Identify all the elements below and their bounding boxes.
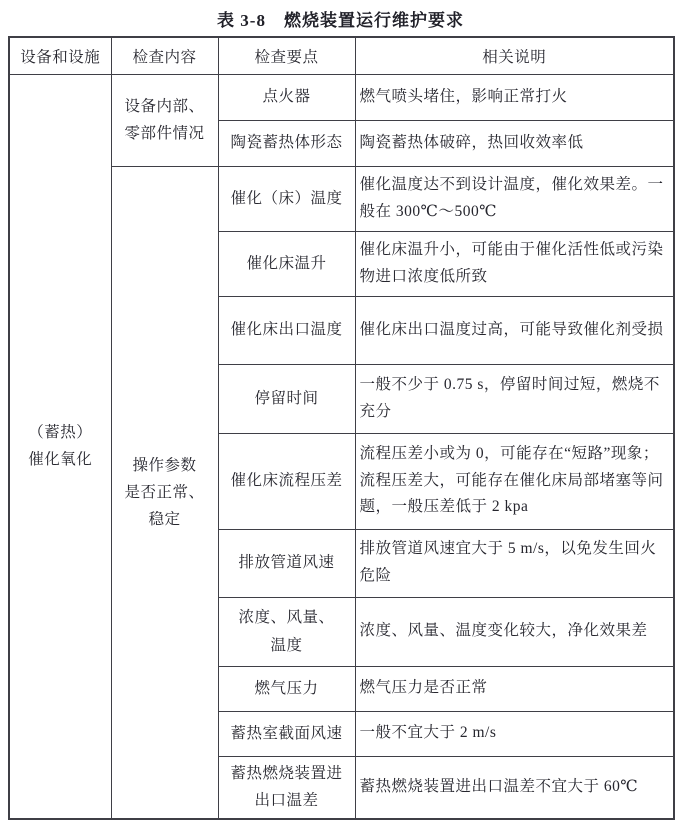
point-cell: 停留时间	[218, 364, 355, 433]
note-cell: 催化温度达不到设计温度，催化效果差。一般在 300℃～500℃	[355, 166, 674, 231]
point-cell: 排放管道风速	[218, 529, 355, 597]
note-cell: 蓄热燃烧装置进出口温差不宜大于 60℃	[355, 756, 674, 819]
header-cell-check-content: 检查内容	[111, 37, 218, 74]
note-cell: 陶瓷蓄热体破碎，热回收效率低	[355, 120, 674, 166]
point-cell: 燃气压力	[218, 666, 355, 711]
note-cell: 燃气压力是否正常	[355, 666, 674, 711]
point-cell: 陶瓷蓄热体形态	[218, 120, 355, 166]
point-cell: 蓄热燃烧装置进 出口温差	[218, 756, 355, 819]
header-cell-check-point: 检查要点	[218, 37, 355, 74]
point-cell: 浓度、风量、 温度	[218, 597, 355, 666]
point-cell: 催化床温升	[218, 231, 355, 296]
point-cell: 蓄热室截面风速	[218, 711, 355, 756]
point-cell: 催化床流程压差	[218, 433, 355, 529]
note-cell: 一般不宜大于 2 m/s	[355, 711, 674, 756]
note-cell: 催化床出口温度过高，可能导致催化剂受损	[355, 296, 674, 364]
header-cell-device-facility: 设备和设施	[9, 37, 111, 74]
header-cell-related-note: 相关说明	[355, 37, 674, 74]
point-cell: 催化（床）温度	[218, 166, 355, 231]
note-cell: 排放管道风速宜大于 5 m/s，以免发生回火危险	[355, 529, 674, 597]
maintenance-table: 设备和设施 检查内容 检查要点 相关说明 （蓄热） 催化氧化 设备内部、 零部件…	[8, 36, 675, 820]
content-group-cell-operating-params: 操作参数 是否正常、 稳定	[111, 166, 218, 819]
table-row: （蓄热） 催化氧化 设备内部、 零部件情况 点火器 燃气喷头堵住，影响正常打火	[9, 74, 674, 120]
device-cell: （蓄热） 催化氧化	[9, 74, 111, 819]
note-cell: 燃气喷头堵住，影响正常打火	[355, 74, 674, 120]
note-cell: 流程压差小或为 0，可能存在“短路”现象；流程压差大，可能存在催化床局部堵塞等问…	[355, 433, 674, 529]
note-cell: 一般不少于 0.75 s，停留时间过短，燃烧不充分	[355, 364, 674, 433]
note-cell: 催化床温升小，可能由于催化活性低或污染物进口浓度低所致	[355, 231, 674, 296]
point-cell: 催化床出口温度	[218, 296, 355, 364]
content-group-cell-internal-parts: 设备内部、 零部件情况	[111, 74, 218, 166]
point-cell: 点火器	[218, 74, 355, 120]
header-row: 设备和设施 检查内容 检查要点 相关说明	[9, 37, 674, 74]
document-page: 表 3-8 燃烧装置运行维护要求 设备和设施 检查内容 检查要点 相关说明 （蓄…	[0, 0, 681, 826]
table-title: 表 3-8 燃烧装置运行维护要求	[8, 6, 673, 36]
note-cell: 浓度、风量、温度变化较大，净化效果差	[355, 597, 674, 666]
